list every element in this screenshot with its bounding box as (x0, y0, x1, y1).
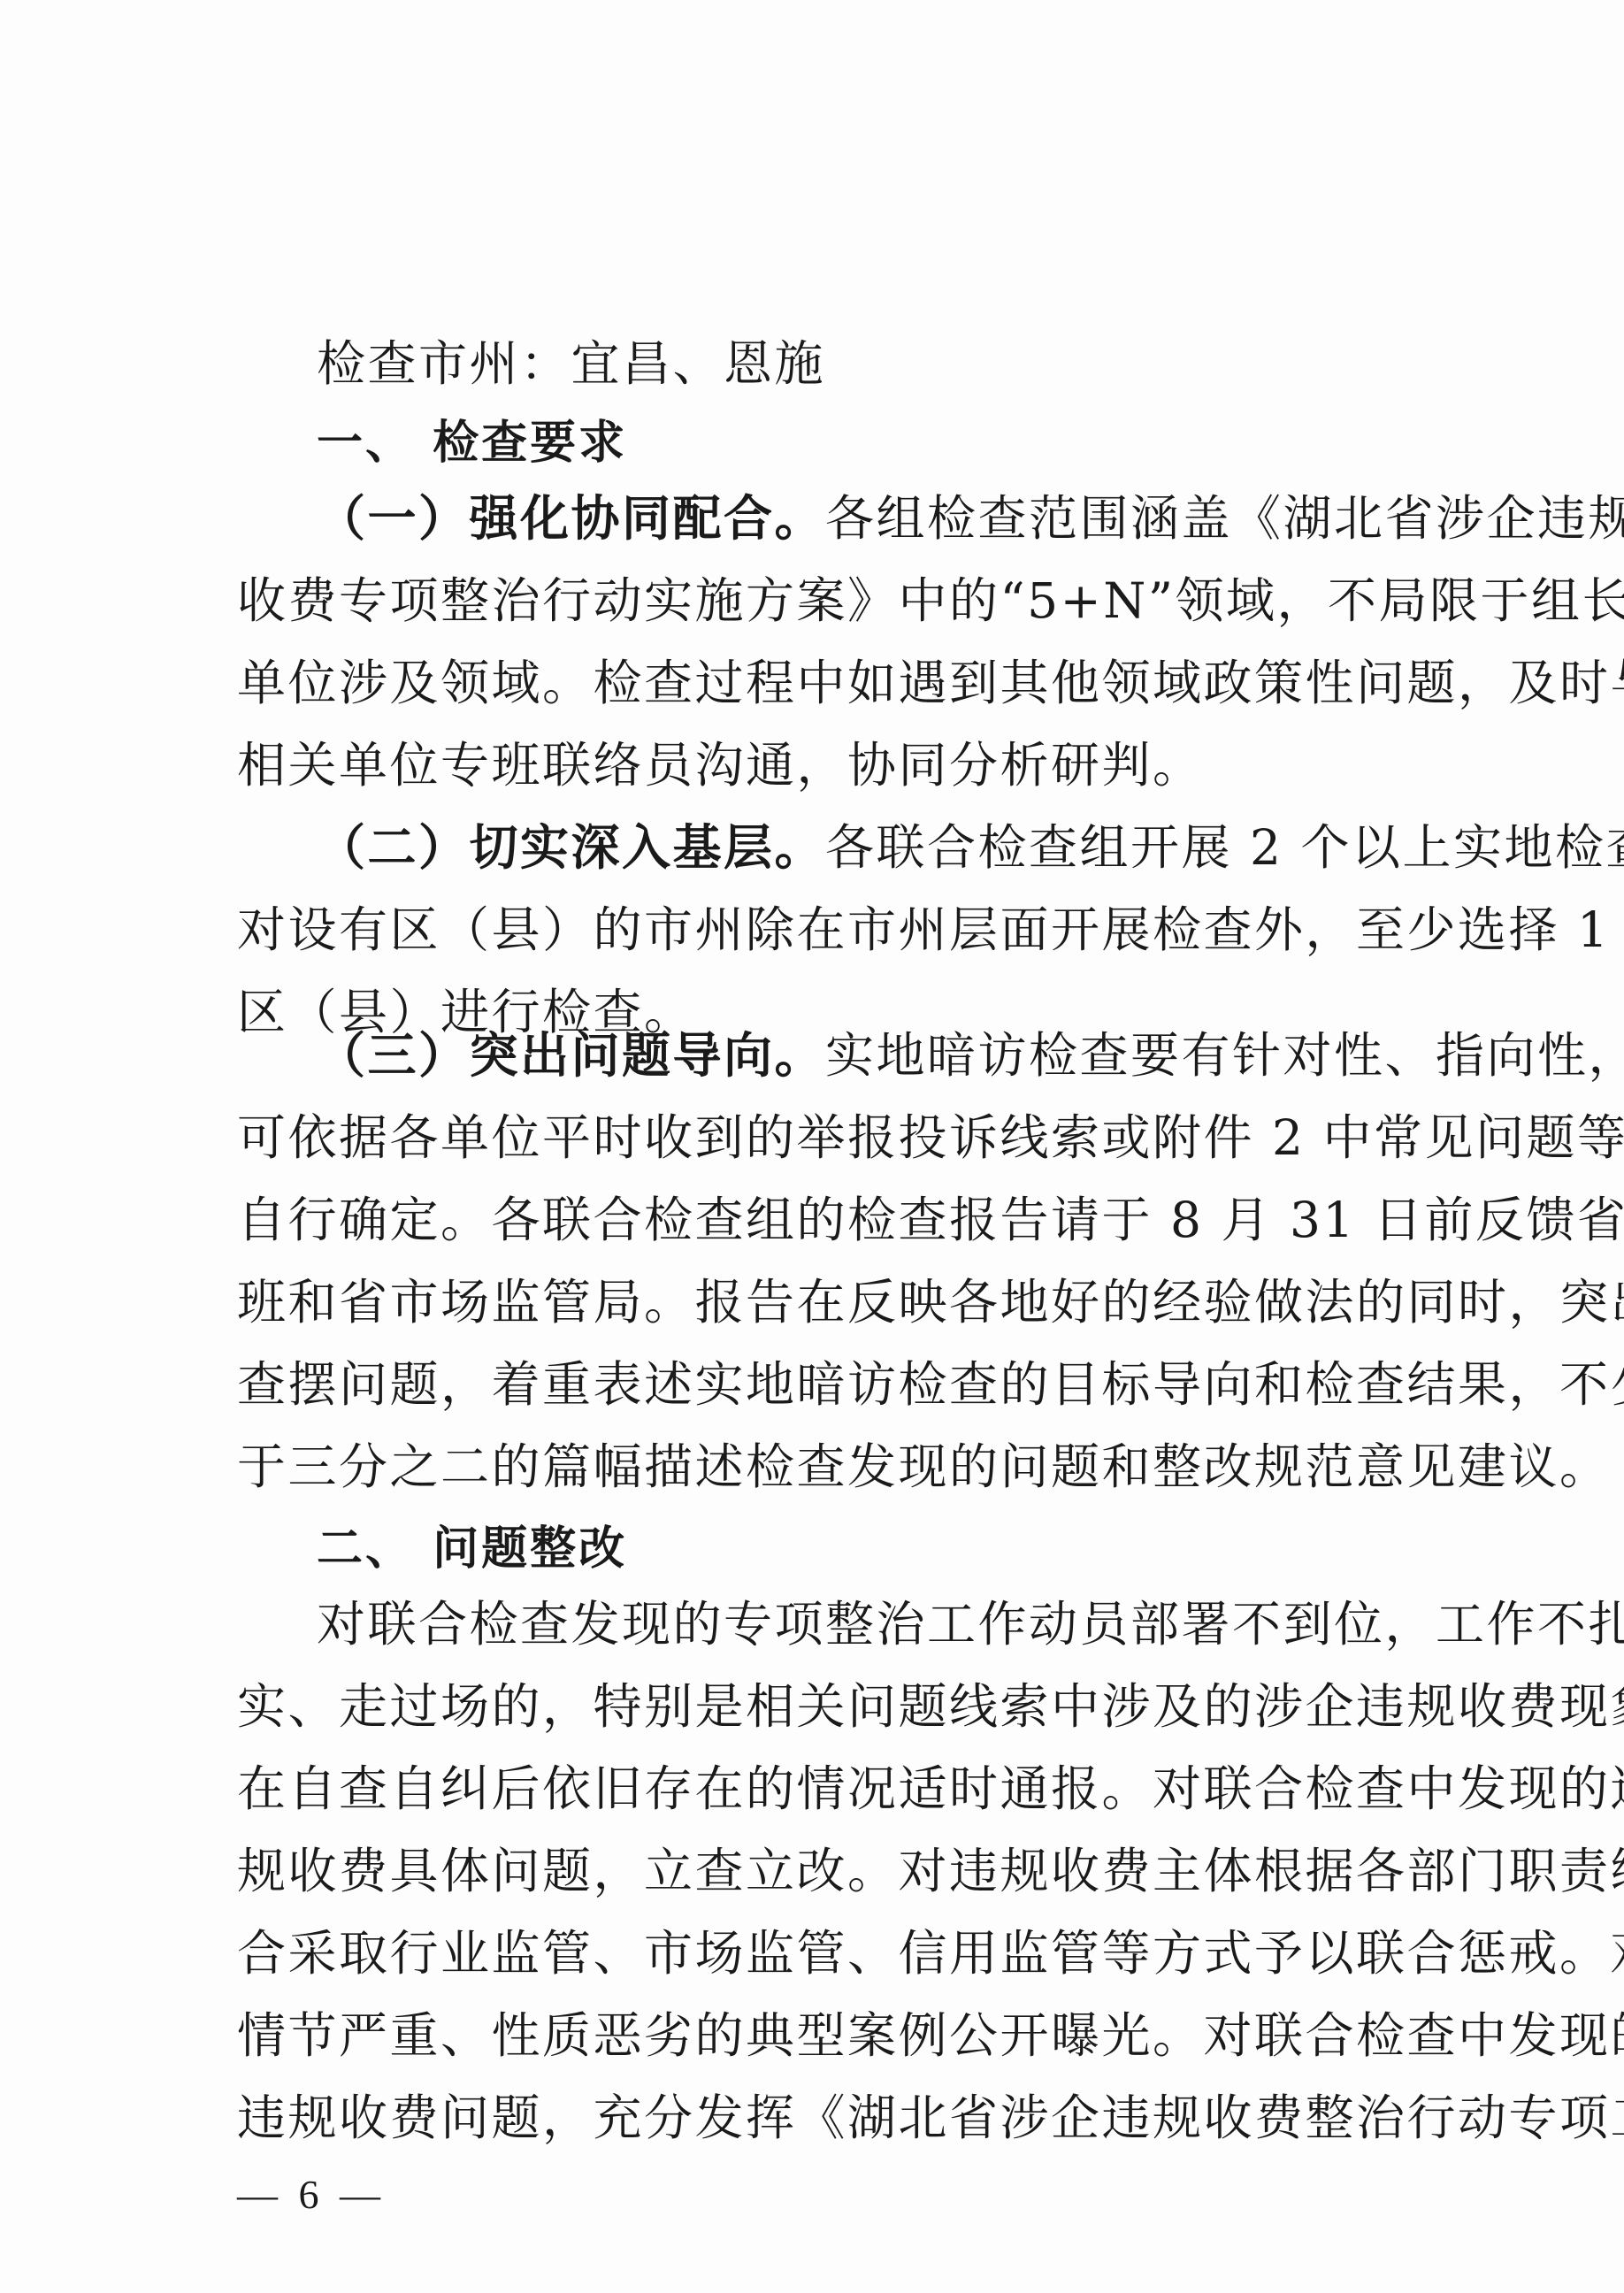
document-page: 检查市州：宜昌、恩施 一、 检查要求 （一）强化协同配合。各组检查范围涵盖《湖北… (0, 0, 1624, 2293)
paragraph-line: （三）突出问题导向。实地暗访检查要有针对性、指向性， (317, 1026, 1396, 1085)
paragraph-line: 在自查自纠后依旧存在的情况适时通报。对联合检查中发现的违 (237, 1760, 1396, 1818)
paragraph-line: 自行确定。各联合检查组的检查报告请于 8 月 31 日前反馈省专 (237, 1191, 1396, 1249)
paragraph-line: 违规收费问题，充分发挥《湖北省涉企违规收费整治行动专项工 (237, 2089, 1396, 2147)
item-label: （三）突出问题导向。 (317, 1027, 825, 1084)
item-label: （一）强化协同配合。 (317, 490, 825, 547)
paragraph-line: 单位涉及领域。检查过程中如遇到其他领域政策性问题，及时与 (237, 654, 1396, 712)
paragraph-line: 相关单位专班联络员沟通，协同分析研判。 (237, 736, 1396, 794)
paragraph-line: 收费专项整治行动实施方案》中的“5+N”领域，不局限于组长 (237, 571, 1396, 630)
paragraph-line: （二）切实深入基层。各联合检查组开展 2 个以上实地检查， (317, 818, 1396, 877)
paragraph-line: 情节严重、性质恶劣的典型案例公开曝光。对联合检查中发现的 (237, 2006, 1396, 2065)
item-label: （二）切实深入基层。 (317, 819, 825, 876)
paragraph-line: 对设有区（县）的市州除在市州层面开展检查外，至少选择 1 个 (237, 901, 1396, 959)
paragraph-line: 班和省市场监管局。报告在反映各地好的经验做法的同时，突出 (237, 1273, 1396, 1331)
paragraph-line: 对联合检查发现的专项整治工作动员部署不到位，工作不扎 (317, 1595, 1396, 1653)
paragraph-line: 规收费具体问题，立查立改。对违规收费主体根据各部门职责综 (237, 1842, 1396, 1900)
paragraph-line: 合采取行业监管、市场监管、信用监管等方式予以联合惩戒。对 (237, 1924, 1396, 1982)
paragraph-line: 查摆问题，着重表述实地暗访检查的目标导向和检查结果，不少 (237, 1355, 1396, 1414)
paragraph-line: 可依据各单位平时收到的举报投诉线索或附件 2 中常见问题等 (237, 1108, 1396, 1167)
paragraph-line: 于三分之二的篇幅描述检查发现的问题和整改规范意见建议。 (237, 1438, 1396, 1496)
paragraph-line: （一）强化协同配合。各组检查范围涵盖《湖北省涉企违规 (317, 489, 1396, 548)
paragraph-line: 实、走过场的，特别是相关问题线索中涉及的涉企违规收费现象 (237, 1677, 1396, 1736)
section-heading-2: 二、 问题整改 (317, 1520, 1396, 1578)
intro-line: 检查市州：宜昌、恩施 (317, 334, 1396, 393)
section-heading-1: 一、 检查要求 (317, 414, 1396, 472)
page-number: — 6 — (237, 2171, 386, 2218)
